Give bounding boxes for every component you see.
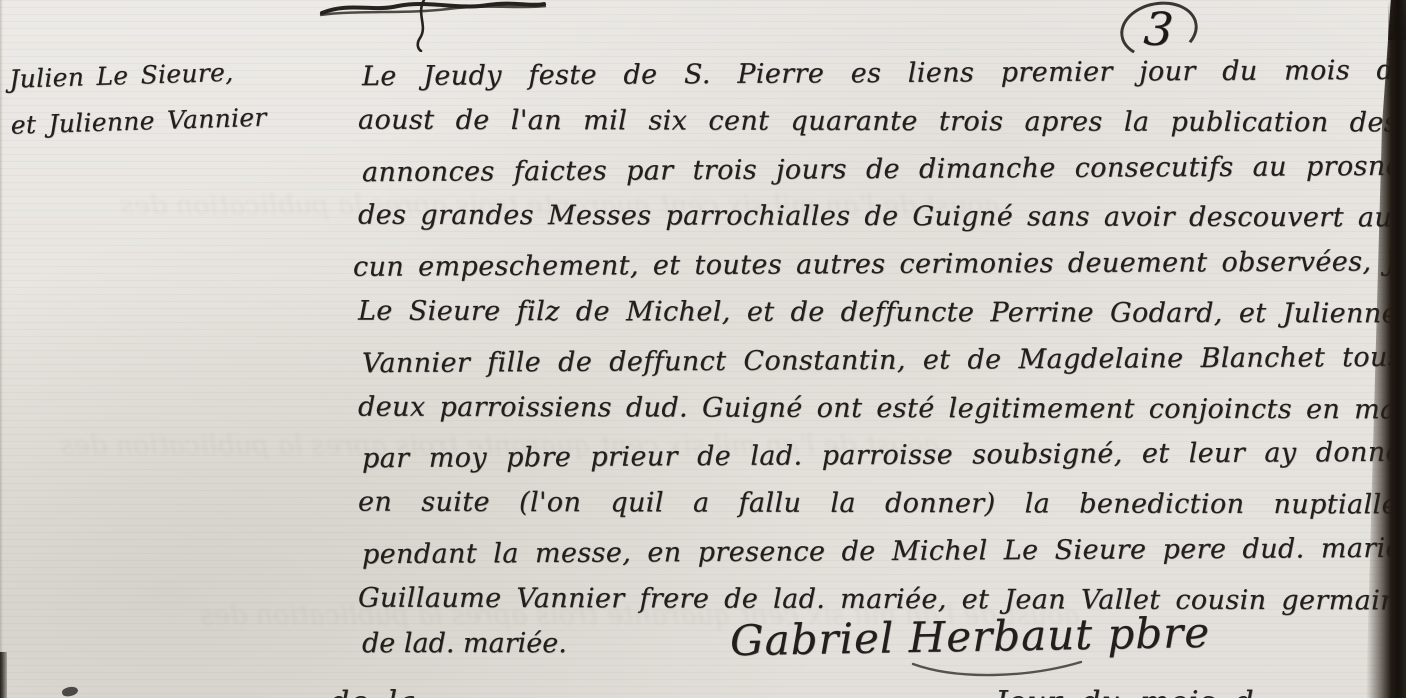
record-line: des grandes Messes parrochialles de Guig…: [358, 192, 1398, 243]
ink-blot: [61, 685, 79, 697]
page-edge-shading: [0, 0, 3, 698]
bottom-cutoff-text: de la: [330, 685, 750, 698]
record-line: deux parroissiens dud. Guigné ont esté l…: [358, 383, 1398, 434]
record-line: en suite (l'on quil a fallu la donner) l…: [358, 479, 1398, 530]
closing-row: de lad. mariée. Gabriel Herbaut pbre: [362, 618, 1402, 670]
record-line: par moy pbre prieur de lad. parroisse so…: [362, 429, 1402, 483]
bottom-cutoff-text: Jour du mois d: [995, 685, 1395, 698]
record-line: Le Jeudy feste de S. Pierre es liens pre…: [362, 47, 1402, 101]
binding-gutter-fade: [1388, 0, 1406, 40]
record-line: cun empeschement, et toutes autres cerim…: [353, 239, 1393, 292]
record-line: aoust de l'an mil six cent quarante troi…: [358, 96, 1398, 147]
top-cutoff-scribble: [318, 0, 548, 18]
record-line: annonces faictes par trois jours de dima…: [362, 142, 1402, 196]
scanned-register-page: aoust de l'an mil six cent quarante troi…: [0, 0, 1406, 698]
margin-note-line: et Julienne Vannier: [10, 93, 311, 148]
pen-flourish-stroke: [388, 0, 448, 52]
record-line: pendant la messe, en presence de Michel …: [362, 525, 1402, 579]
margin-note-spouses: Julien Le Sieure, et Julienne Vannier: [9, 47, 312, 148]
record-line: Le Sieure filz de Michel, et de deffunct…: [358, 288, 1398, 339]
priest-signature: Gabriel Herbaut pbre: [730, 608, 1211, 665]
closing-words: de lad. mariée.: [362, 628, 567, 659]
record-text-block: Le Jeudy feste de S. Pierre es liens pre…: [362, 50, 1406, 624]
record-line: Vannier fille de deffunct Constantin, et…: [362, 334, 1402, 388]
